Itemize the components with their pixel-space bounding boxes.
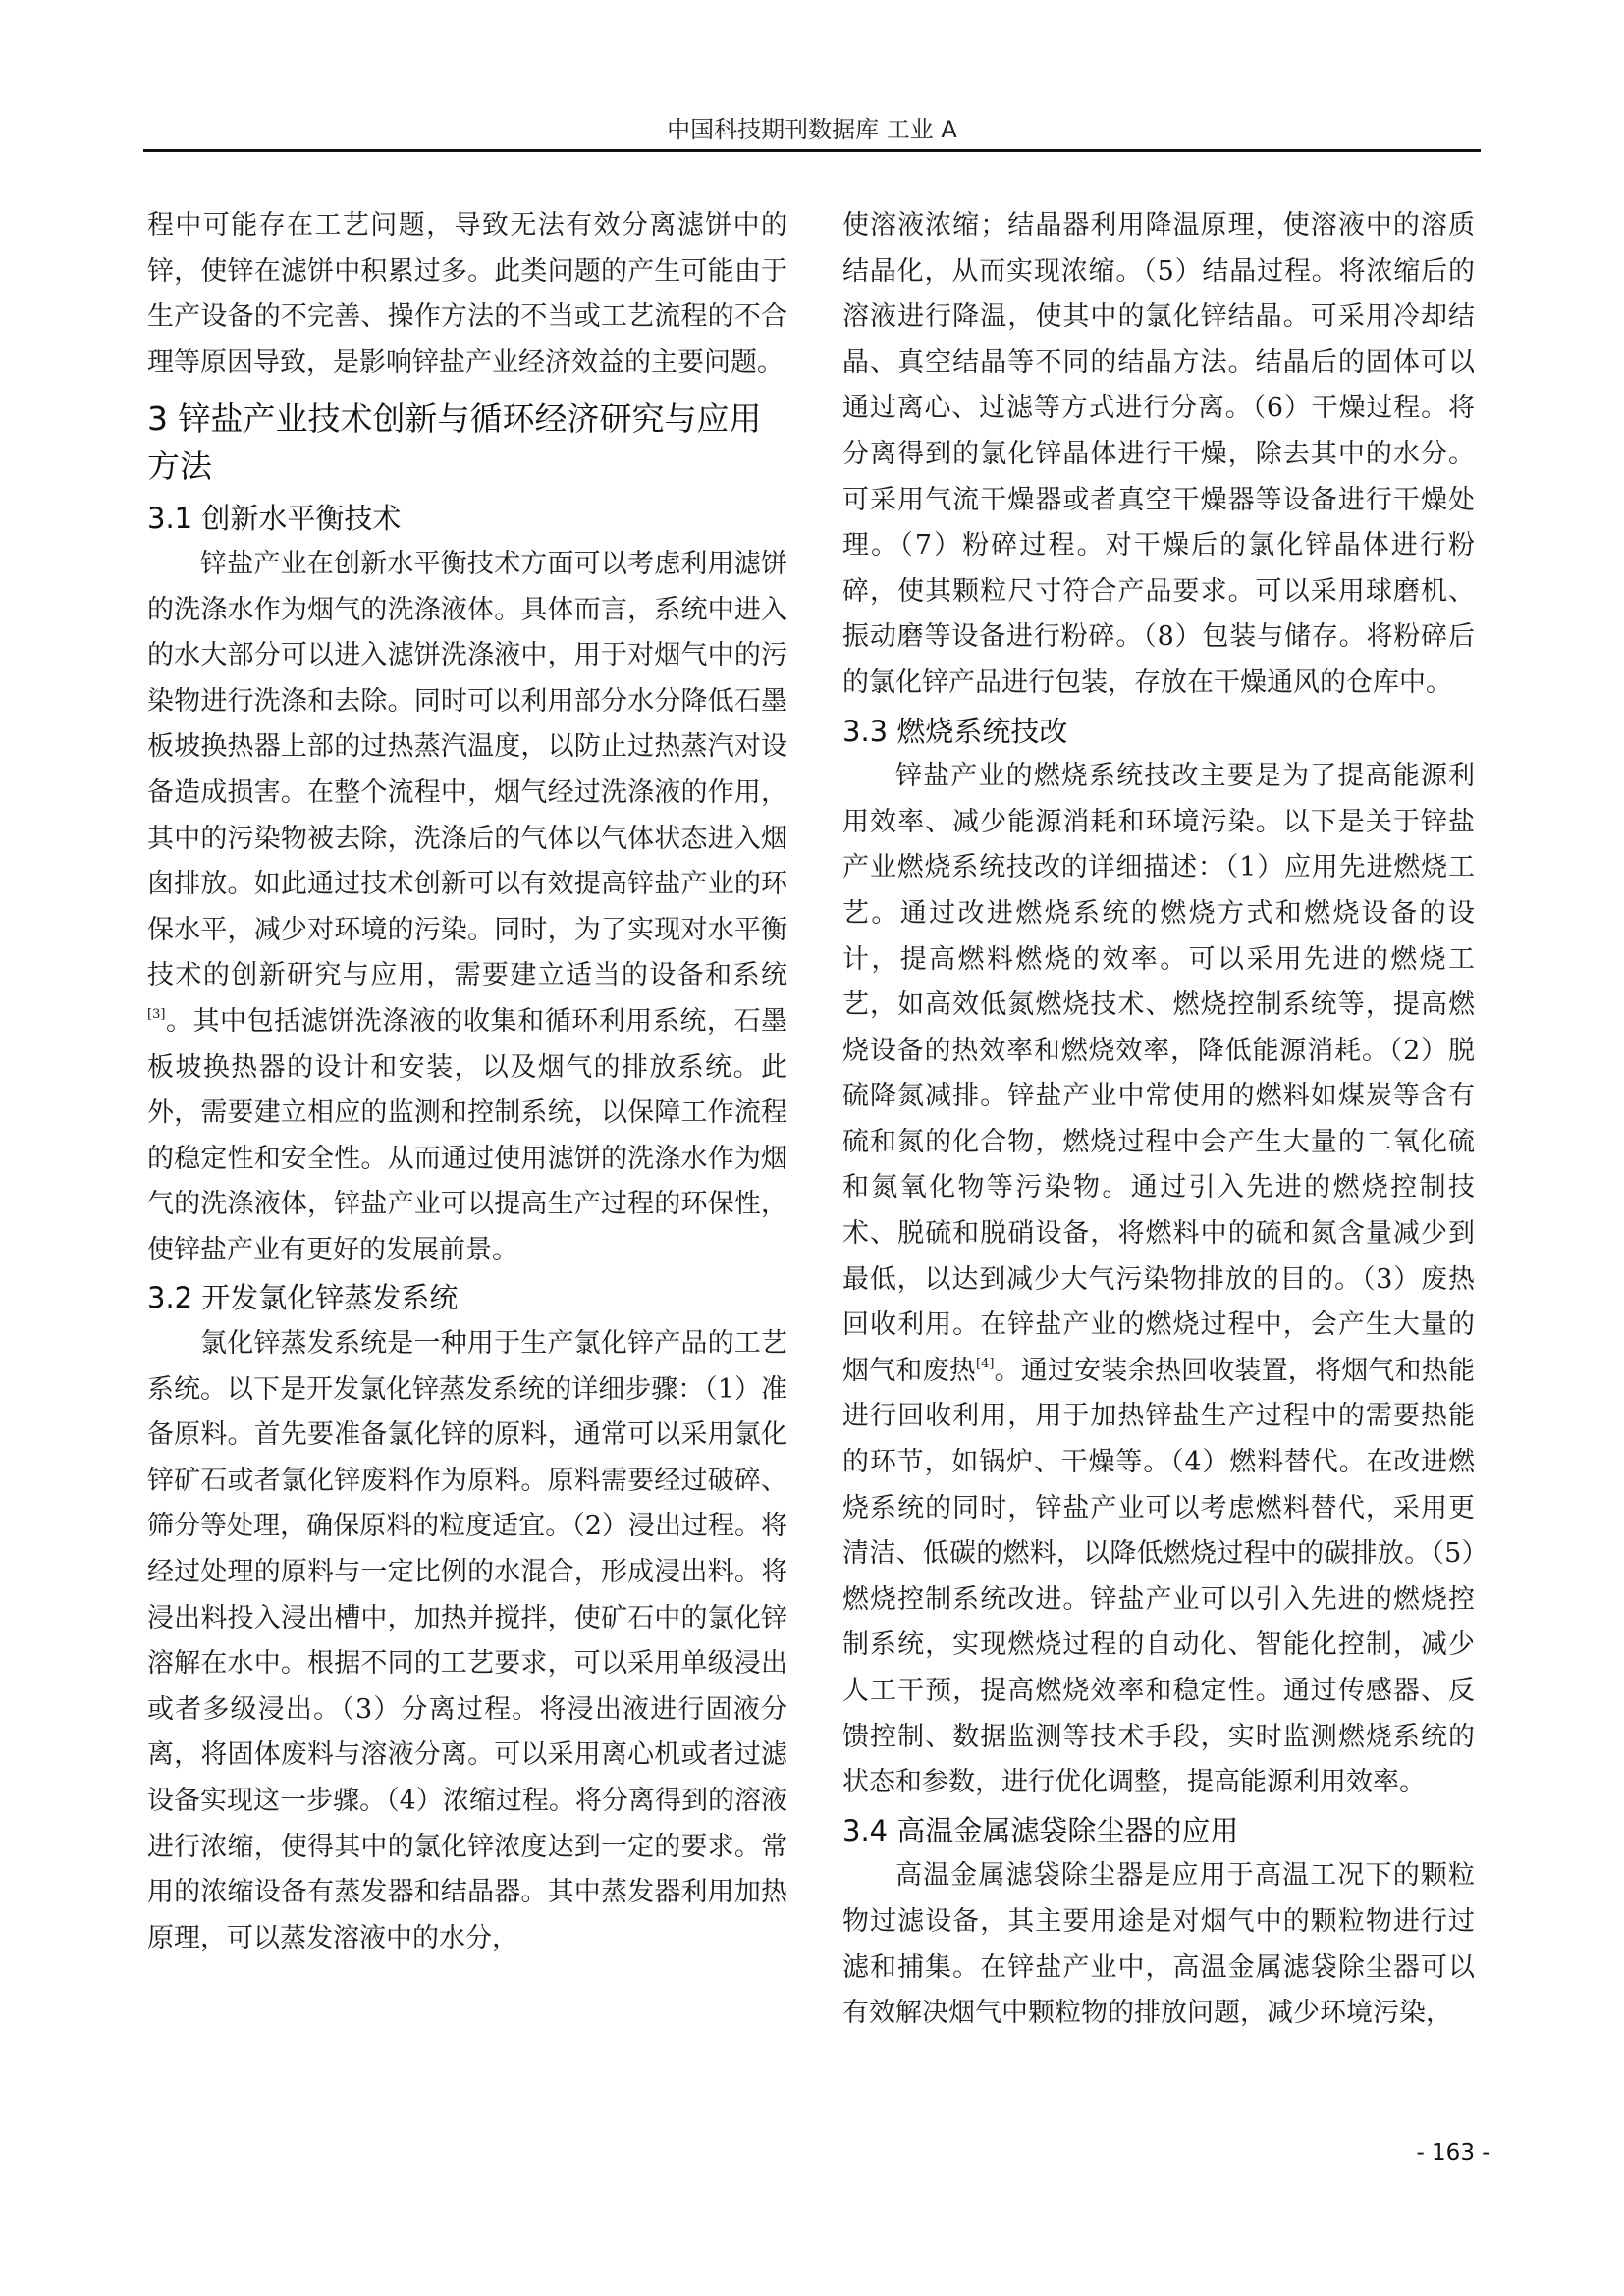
section-3-1-heading: 3.1 创新水平衡技术	[147, 496, 787, 542]
paragraph-text: 锌盐产业在创新水平衡技术方面可以考虑利用滤饼的洗涤水作为烟气的洗涤液体。具体而言…	[147, 549, 787, 990]
paragraph-text: 锌盐产业的燃烧系统技改主要是为了提高能源利用效率、减少能源消耗和环境污染。以下是…	[842, 761, 1475, 1386]
citation-ref-3[interactable]: [3]	[147, 1007, 165, 1022]
header-rule-divider	[143, 149, 1481, 152]
section-3-4-heading: 3.4 高温金属滤袋除尘器的应用	[842, 1808, 1475, 1854]
citation-ref-4[interactable]: [4]	[976, 1357, 994, 1371]
running-header-title: 中国科技期刊数据库 工业 A	[143, 110, 1481, 144]
section-3-4-paragraph: 高温金属滤袋除尘器是应用于高温工况下的颗粒物过滤设备，其主要用途是对烟气中的颗粒…	[842, 1853, 1475, 2036]
page-number: - 163 -	[1404, 2140, 1502, 2165]
section-3-1-paragraph: 锌盐产业在创新水平衡技术方面可以考虑利用滤饼的洗涤水作为烟气的洗涤液体。具体而言…	[147, 542, 787, 1274]
section-3-3-heading: 3.3 燃烧系统技改	[842, 709, 1475, 755]
right-column: 使溶液浓缩；结晶器利用降温原理，使溶液中的溶质结晶化，从而实现浓缩。（5）结晶过…	[842, 203, 1475, 2037]
paragraph-text: 。通过安装余热回收装置，将烟气和热能进行回收利用，用于加热锌盐生产过程中的需要热…	[842, 1356, 1475, 1797]
paragraph-text: 。其中包括滤饼洗涤液的收集和循环利用系统，石墨板坡换热器的设计和安装，以及烟气的…	[147, 1006, 787, 1265]
section-3-3-paragraph: 锌盐产业的燃烧系统技改主要是为了提高能源利用效率、减少能源消耗和环境污染。以下是…	[842, 754, 1475, 1806]
section-3-heading: 3 锌盐产业技术创新与循环经济研究与应用方法	[147, 396, 787, 490]
section-3-2-paragraph: 氯化锌蒸发系统是一种用于生产氯化锌产品的工艺系统。以下是开发氯化锌蒸发系统的详细…	[147, 1321, 787, 1961]
continued-paragraph: 程中可能存在工艺问题，导致无法有效分离滤饼中的锌，使锌在滤饼中积累过多。此类问题…	[147, 203, 787, 386]
section-3-2-heading: 3.2 开发氯化锌蒸发系统	[147, 1275, 787, 1321]
continued-paragraph: 使溶液浓缩；结晶器利用降温原理，使溶液中的溶质结晶化，从而实现浓缩。（5）结晶过…	[842, 203, 1475, 707]
left-column: 程中可能存在工艺问题，导致无法有效分离滤饼中的锌，使锌在滤饼中积累过多。此类问题…	[147, 203, 787, 1961]
